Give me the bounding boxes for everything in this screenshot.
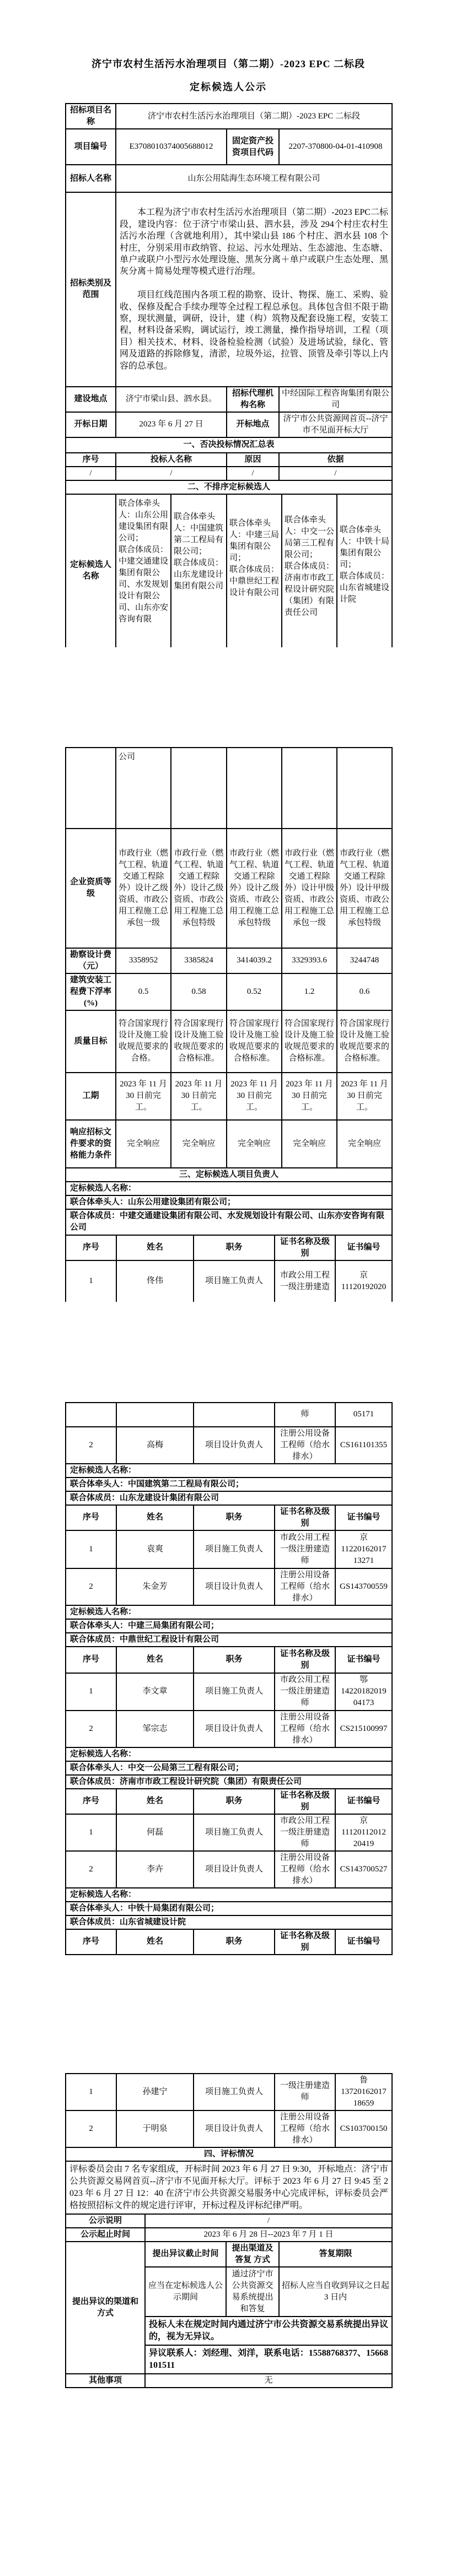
- quality-cell: 符合国家现行 设计及施工验收规范要求的合格。: [116, 1010, 171, 1073]
- personnel-col-name: 姓名: [116, 1929, 194, 1955]
- person-name: 何磊: [116, 1814, 194, 1851]
- response-cell: 完全响应: [171, 1120, 227, 1168]
- consortium-member: 联合体成员：中鼎世纪工程设计有限公司: [66, 1633, 392, 1647]
- personnel-col-cert: 证书名称及级别: [275, 1647, 335, 1673]
- personnel-col-name: 姓名: [116, 1789, 194, 1814]
- person-name: 孙建宁: [116, 2074, 194, 2110]
- consortium-leader: 联合体牵头人：中国建筑第二工程局有限公司；: [66, 1478, 392, 1491]
- row-evaluation-text: 评标委员会由 7 名专家组成，开标时间 2023 年 6 月 27 日 9:30…: [66, 2161, 392, 2214]
- person-role: 项目设计负责人: [194, 1711, 275, 1747]
- objection-replytime: 招标人应当自收到异议之日起 3 日内: [279, 2267, 392, 2317]
- rejection-cell: /: [227, 467, 279, 480]
- scope-paragraph-1: 本工程为济宁市农村生活污水治理项目（第二期）-2023 EPC二标段，建设内容：…: [120, 207, 388, 277]
- personnel-col-role: 职务: [194, 1235, 275, 1260]
- personnel-col-cert: 证书名称及级别: [275, 1235, 335, 1260]
- row-candidate-name-heading: 定标候选人名称：: [66, 1464, 392, 1478]
- response-cell: 完全响应: [282, 1120, 337, 1168]
- rejection-col-basis: 依据: [279, 453, 392, 467]
- row-qualifications: 企业资质等级 市政行业（燃气工程、轨道交通工程除外）设计乙级资质、市政公用工程施…: [66, 829, 392, 948]
- label-notice: 公示说明: [66, 2214, 145, 2228]
- person-certno: 鲁 13720162017 18659: [335, 2074, 392, 2110]
- personnel-table-group1: 三、定标候选人项目负责人 定标候选人名称： 联合体牵头人：山东公用建设集团有限公…: [65, 1167, 393, 1302]
- objection-note: 投标人未在规定时间内通过济宁市公共资源交易系统提出异议的，视为无异议。: [145, 2317, 392, 2345]
- objection-deadline: 应当在定标候选人公示期间: [145, 2267, 226, 2317]
- value-other: 无: [145, 2374, 392, 2388]
- row-section1-title: 一、否决投标情况汇总表: [66, 437, 392, 453]
- person-role: 项目设计负责人: [194, 1851, 275, 1888]
- label-qualification: 企业资质等级: [66, 829, 116, 948]
- personnel-col-certno: 证书编号: [335, 1505, 392, 1530]
- label-objection: 提出异议的渠道和方式: [66, 2242, 145, 2374]
- row-notice-period: 公示起止时间 2023 年 6 月 28 日--2023 年 7 月 1 日: [66, 2228, 392, 2242]
- value-location: 济宁市梁山县、泗水县。: [116, 387, 227, 412]
- row-rejection-header: 序号 投标人名称 原因 依据: [66, 453, 392, 467]
- personnel-col-role: 职务: [194, 1647, 275, 1673]
- personnel-row: 1 何磊 项目施工负责人 市政公用工程一级注册建造师 京 11120112012…: [66, 1814, 392, 1851]
- value-project-name: 济宁市农村生活污水治理项目（第二期）-2023 EPC 二标段: [116, 104, 392, 129]
- candidate-name-cell: 联合体牵头人：中铁十局集团有限公司； 联合体成员：山东省城建设计院: [337, 494, 392, 647]
- person-certno: 京 11120112012 20419: [335, 1814, 392, 1851]
- person-cert: 注册公用设备工程师（给水排水）: [275, 1851, 335, 1888]
- person-role: 项目施工负责人: [194, 1814, 275, 1851]
- candidate-name-heading: 定标候选人名称：: [66, 1605, 392, 1619]
- person-no: 2: [66, 1427, 116, 1464]
- label-other: 其他事项: [66, 2374, 145, 2388]
- response-cell: 完全响应: [116, 1120, 171, 1168]
- person-cert: 注册公用设备工程师（给水排水）: [275, 1711, 335, 1747]
- row-candidate-name-heading: 定标候选人名称：: [66, 1888, 392, 1902]
- project-info-table: 招标项目名称 济宁市农村生活污水治理项目（第二期）-2023 EPC 二标段 项…: [65, 103, 393, 481]
- personnel-row-part2: 师 05171: [66, 1403, 392, 1427]
- personnel-table-page3: 师 05171 2 高梅 项目设计负责人 注册公用设备工程师（给水排水） CS1…: [65, 1402, 393, 1955]
- candidate-name-heading: 定标候选人名称：: [66, 1888, 392, 1902]
- label-duration: 工期: [66, 1073, 116, 1120]
- consortium-member: 联合体成员：山东龙建设计集团有限公司: [66, 1491, 392, 1505]
- section2-title: 二、不排序定标候选人: [66, 480, 392, 494]
- row-consortium-leader: 联合体牵头人：中建三局集团有限公司；: [66, 1619, 392, 1633]
- row-personnel-header: 序号 姓名 职务 证书名称及级别 证书编号: [66, 1929, 392, 1955]
- consortium-leader: 联合体牵头人：中铁十局集团有限公司；: [66, 1902, 392, 1915]
- row-personnel-header: 序号 姓名 职务 证书名称及级别 证书编号: [66, 1235, 392, 1260]
- person-certno: 京 11120192020: [335, 1260, 392, 1302]
- response-cell: 完全响应: [337, 1120, 392, 1168]
- person-cert: 注册公用设备工程师（给水排水）: [275, 2110, 335, 2147]
- design-fee-cell: 3385824: [171, 948, 227, 973]
- label-quality-target: 质量目标: [66, 1010, 116, 1073]
- personnel-col-certno: 证书编号: [335, 1929, 392, 1955]
- label-open-place: 开标地点: [227, 412, 279, 437]
- personnel-col-role: 职务: [194, 1505, 275, 1530]
- consortium-leader: 联合体牵头人：中交一公局第三工程有限公司；: [66, 1761, 392, 1775]
- discount-cell: 0.6: [337, 973, 392, 1010]
- person-cert: 一级注册建造师: [275, 2074, 335, 2110]
- document-title-line1: 济宁市农村生活污水治理项目（第二期）-2023 EPC 二标段: [65, 57, 391, 71]
- consortium-leader: 联合体牵头人：中建三局集团有限公司；: [66, 1619, 392, 1633]
- person-cert: 注册公用设备工程师（给水排水）: [275, 1427, 335, 1464]
- personnel-row: 2 于明泉 项目设计负责人 注册公用设备工程师（给水排水） CS10370015…: [66, 2110, 392, 2147]
- value-project-no: E3708010374005688012: [116, 129, 227, 165]
- person-name: 邹宗志: [116, 1711, 194, 1747]
- quality-cell: 符合国家现行设计及施工验收规范要求的合格标准。: [282, 1010, 337, 1073]
- row-location: 建设地点 济宁市梁山县、泗水县。 招标代理机构名称 中经国际工程咨询集团有限公司: [66, 387, 392, 412]
- row-candidate-name-heading: 定标候选人名称：: [66, 1605, 392, 1619]
- person-name: 李文章: [116, 1673, 194, 1711]
- duration-cell: 2023 年 11 月 30 日前完工。: [116, 1073, 171, 1120]
- person-name: 朱金芳: [116, 1568, 194, 1605]
- row-consortium-member: 联合体成员：中建交通建设集团有限公司、水发规划设计有限公司、山东亦安咨询有限公司: [66, 1209, 392, 1235]
- person-no: 1: [66, 1260, 116, 1302]
- label-scope: 招标类别及范围: [66, 192, 116, 387]
- personnel-col-certno: 证书编号: [335, 1235, 392, 1260]
- rejection-cell: /: [279, 467, 392, 480]
- row-notice: 公示说明 /: [66, 2214, 392, 2228]
- objection-col-deadline: 提出异议截止时间: [145, 2242, 226, 2267]
- personnel-col-no: 序号: [66, 1505, 116, 1530]
- qualification-cell: 市政行业（燃气工程、轨道交通工程除外）设计甲级资质、市政公用工程施工总承包特级: [337, 829, 392, 948]
- rejection-cell: /: [66, 467, 116, 480]
- row-candidate-names-part1: 定标候选人名称 联合体牵头人：山东公用建设集团有限公司； 联合体成员：中建交通建…: [66, 494, 392, 647]
- rejection-col-bidder: 投标人名称: [116, 453, 227, 467]
- candidate-name-heading: 定标候选人名称：: [66, 1182, 392, 1195]
- personnel-col-certno: 证书编号: [335, 1647, 392, 1673]
- row-section4-title: 四、评标情况: [66, 2147, 392, 2161]
- person-cert: 市政公用工程一级注册建造师: [275, 1814, 335, 1851]
- label-location: 建设地点: [66, 387, 116, 412]
- label-tenderee: 招标人名称: [66, 165, 116, 192]
- candidate-name-heading: 定标候选人名称：: [66, 1747, 392, 1761]
- label-notice-period: 公示起止时间: [66, 2228, 145, 2242]
- design-fee-cell: 3414039.2: [227, 948, 282, 973]
- row-personnel-header: 序号 姓名 职务 证书名称及级别 证书编号: [66, 1505, 392, 1530]
- personnel-row: 2 李卉 项目设计负责人 注册公用设备工程师（给水排水） CS143700527: [66, 1851, 392, 1888]
- candidate-name-cell-cont: [227, 748, 282, 829]
- person-role: 项目设计负责人: [194, 1427, 275, 1464]
- person-role: 项目施工负责人: [194, 2074, 275, 2110]
- person-cert: 市政公用工程一级注册建造师: [275, 1530, 335, 1568]
- person-name: 高梅: [116, 1427, 194, 1464]
- rejection-col-no: 序号: [66, 453, 116, 467]
- candidate-name-cell: 联合体牵头人：山东公用建设集团有限公司； 联合体成员：中建交通建设集团有限公司、…: [116, 494, 171, 647]
- candidate-name-cell-cont: [282, 748, 337, 829]
- row-consortium-member: 联合体成员：山东省城建设计院: [66, 1915, 392, 1929]
- personnel-row: 2 朱金芳 项目设计负责人 注册公用设备工程师（给水排水） GS14370055…: [66, 1568, 392, 1605]
- qualification-cell: 市政行业（燃气工程、轨道交通工程除外）设计乙级资质、市政公用工程施工总承包特级: [227, 829, 282, 948]
- rejection-cell: /: [116, 467, 227, 480]
- person-no: 2: [66, 1568, 116, 1605]
- personnel-col-certno: 证书编号: [335, 1789, 392, 1814]
- design-fee-cell: 3244748: [337, 948, 392, 973]
- value-notice: /: [145, 2214, 392, 2228]
- value-open-date: 2023 年 6 月 27 日: [116, 412, 227, 437]
- quality-cell: 符合国家现行设计及施工验收规范要求的合格标准。: [337, 1010, 392, 1073]
- discount-cell: 0.5: [116, 973, 171, 1010]
- person-no-cont: [66, 1403, 116, 1427]
- personnel-row: 2 邹宗志 项目设计负责人 注册公用设备工程师（给水排水） CS21510099…: [66, 1711, 392, 1747]
- personnel-col-name: 姓名: [116, 1647, 194, 1673]
- label-agency: 招标代理机构名称: [227, 387, 279, 412]
- row-response: 响应招标文件要求的资格能力条件 完全响应 完全响应 完全响应 完全响应 完全响应: [66, 1120, 392, 1168]
- row-other: 其他事项 无: [66, 2374, 392, 2388]
- person-no: 1: [66, 1814, 116, 1851]
- row-candidate-name-heading: 定标候选人名称：: [66, 1747, 392, 1761]
- row-candidate-names-part2: 公司: [66, 748, 392, 829]
- person-certno: 京 11220162017 13271: [335, 1530, 392, 1568]
- row-consortium-leader: 联合体牵头人：中国建筑第二工程局有限公司；: [66, 1478, 392, 1491]
- candidate-name-cell: 联合体牵头人：中交一公局第三工程有限公司； 联合体成员：济南市市政工程设计研究院…: [282, 494, 337, 647]
- objection-col-channel: 提出渠道及答复 方式: [226, 2242, 279, 2267]
- person-cert-cont: 师: [275, 1403, 335, 1427]
- consortium-member: 联合体成员：济南市市政工程设计研究院（集团）有限责任公司: [66, 1775, 392, 1789]
- person-name: 于明泉: [116, 2110, 194, 2147]
- person-certno: CS161101355: [335, 1427, 392, 1464]
- candidate-name-heading: 定标候选人名称：: [66, 1464, 392, 1478]
- row-consortium-member: 联合体成员：济南市市政工程设计研究院（集团）有限责任公司: [66, 1775, 392, 1789]
- row-duration: 工期 2023 年 11 月 30 日前完工。 2023 年 11 月 30 日…: [66, 1073, 392, 1120]
- objection-channel: 通过济宁市公共资源交易系统提出和答复: [226, 2267, 279, 2317]
- candidate-name-cell: 联合体牵头人：中国建筑第二工程局有限公司； 联合体成员：山东龙建设计集团有限公司: [171, 494, 227, 647]
- qualification-cell: 市政行业（燃气工程、轨道交通工程除外）设计乙级资质、市政公用工程施工总承包一级: [116, 829, 171, 948]
- row-tenderee: 招标人名称 山东公用陆海生态环境工程有限公司: [66, 165, 392, 192]
- row-consortium-member: 联合体成员：山东龙建设计集团有限公司: [66, 1491, 392, 1505]
- rejection-col-reason: 原因: [227, 453, 279, 467]
- personnel-col-no: 序号: [66, 1929, 116, 1955]
- row-personnel-header: 序号 姓名 职务 证书名称及级别 证书编号: [66, 1789, 392, 1814]
- person-no: 1: [66, 1673, 116, 1711]
- evaluation-text: 评标委员会由 7 名专家组成，开标时间 2023 年 6 月 27 日 9:30…: [66, 2161, 392, 2214]
- row-discount-rate: 建筑安装工程费下浮率(%) 0.5 0.58 0.52 1.2 0.6: [66, 973, 392, 1010]
- label-open-date: 开标日期: [66, 412, 116, 437]
- document-title-line2: 定标候选人公示: [65, 80, 391, 94]
- response-cell: 完全响应: [227, 1120, 282, 1168]
- candidate-name-cell-cont: 公司: [116, 748, 171, 829]
- personnel-row: 1 李文章 项目施工负责人 市政公用工程一级注册建造师 鄂 1422018201…: [66, 1673, 392, 1711]
- person-no: 2: [66, 1711, 116, 1747]
- person-role: 项目施工负责人: [194, 1673, 275, 1711]
- consortium-member: 联合体成员：山东省城建设计院: [66, 1915, 392, 1929]
- objection-col-replytime: 答复期限: [279, 2242, 392, 2267]
- label-project-no: 项目编号: [66, 129, 116, 165]
- person-no: 2: [66, 1851, 116, 1888]
- row-consortium-leader: 联合体牵头人：中铁十局集团有限公司；: [66, 1902, 392, 1915]
- person-cert: 市政公用工程一级注册建造: [275, 1260, 335, 1302]
- row-project-name: 招标项目名称 济宁市农村生活污水治理项目（第二期）-2023 EPC 二标段: [66, 104, 392, 129]
- row-rejection-empty: / / / /: [66, 467, 392, 480]
- personnel-col-name: 姓名: [116, 1505, 194, 1530]
- personnel-col-no: 序号: [66, 1647, 116, 1673]
- person-certno: CS143700527: [335, 1851, 392, 1888]
- row-consortium-member: 联合体成员：中鼎世纪工程设计有限公司: [66, 1633, 392, 1647]
- label-candidate-names: 定标候选人名称: [66, 494, 116, 647]
- discount-cell: 0.58: [171, 973, 227, 1010]
- personnel-col-cert: 证书名称及级别: [275, 1505, 335, 1530]
- row-candidate-name-heading: 定标候选人名称：: [66, 1182, 392, 1195]
- label-asset-code: 固定资产投资项目代码: [227, 129, 279, 165]
- row-bid-opening: 开标日期 2023 年 6 月 27 日 开标地点 济宁市公共资源网首页--济宁…: [66, 412, 392, 437]
- person-no: 1: [66, 2074, 116, 2110]
- discount-cell: 0.52: [227, 973, 282, 1010]
- candidate-name-cell-cont: [171, 748, 227, 829]
- person-role: 项目设计负责人: [194, 1568, 275, 1605]
- label-response: 响应招标文件要求的资格能力条件: [66, 1120, 116, 1168]
- personnel-col-no: 序号: [66, 1235, 116, 1260]
- person-certno: 鄂 14220182019 04173: [335, 1673, 392, 1711]
- value-asset-code: 2207-370800-04-01-410908: [279, 129, 392, 165]
- label-candidate-names-cont: [66, 748, 116, 829]
- candidates-table-page2: 公司 企业资质等级 市政行业（燃气工程、轨道交通工程除外）设计乙级资质、市政公用…: [65, 747, 393, 1168]
- label-design-fee: 勘察设计费（元）: [66, 948, 116, 973]
- discount-cell: 1.2: [282, 973, 337, 1010]
- person-no: 2: [66, 2110, 116, 2147]
- candidate-name-cell: 联合体牵头人：中建三局集团有限公司； 联合体成员：中鼎世纪工程设计有限公司: [227, 494, 282, 647]
- row-quality-target: 质量目标 符合国家现行 设计及施工验收规范要求的合格。 符合国家现行设计及施工验…: [66, 1010, 392, 1073]
- duration-cell: 2023 年 11 月 30 日前完工。: [282, 1073, 337, 1120]
- value-open-place: 济宁市公共资源网首页--济宁市不见面开标大厅: [279, 412, 392, 437]
- value-agency: 中经国际工程咨询集团有限公司: [279, 387, 392, 412]
- row-personnel-header: 序号 姓名 职务 证书名称及级别 证书编号: [66, 1647, 392, 1673]
- design-fee-cell: 3358952: [116, 948, 171, 973]
- personnel-row: 1 袁爽 项目施工负责人 市政公用工程一级注册建造师 京 11220162017…: [66, 1530, 392, 1568]
- objection-contact: 异议联系人：刘经理、刘洋，联系电话：15588768377、1566810151…: [145, 2345, 392, 2374]
- person-cert: 市政公用工程一级注册建造师: [275, 1673, 335, 1711]
- person-certno: GS143700559: [335, 1568, 392, 1605]
- consortium-leader: 联合体牵头人：山东公用建设集团有限公司；: [66, 1195, 392, 1209]
- design-fee-cell: 3329393.6: [282, 948, 337, 973]
- row-consortium-leader: 联合体牵头人：山东公用建设集团有限公司；: [66, 1195, 392, 1209]
- value-tenderee: 山东公用陆海生态环境工程有限公司: [116, 165, 392, 192]
- personnel-row: 1 孙建宁 项目施工负责人 一级注册建造师 鲁 13720162017 1865…: [66, 2074, 392, 2110]
- person-role: 项目设计负责人: [194, 2110, 275, 2147]
- person-role-cont: [194, 1403, 275, 1427]
- personnel-col-role: 职务: [194, 1929, 275, 1955]
- person-role: 项目施工负责人: [194, 1260, 275, 1302]
- person-role: 项目施工负责人: [194, 1530, 275, 1568]
- qualification-cell: 市政行业（燃气工程、轨道交通工程除外）设计甲级资质、市政公用工程施工总承包一级: [282, 829, 337, 948]
- personnel-row-part1: 1 佟伟 项目施工负责人 市政公用工程一级注册建造 京 11120192020: [66, 1260, 392, 1302]
- label-discount-rate: 建筑安装工程费下浮率(%): [66, 973, 116, 1010]
- personnel-table-page4: 1 孙建宁 项目施工负责人 一级注册建造师 鲁 13720162017 1865…: [65, 2073, 393, 2215]
- row-scope: 招标类别及范围 本工程为济宁市农村生活污水治理项目（第二期）-2023 EPC二…: [66, 192, 392, 387]
- personnel-row: 2 高梅 项目设计负责人 注册公用设备工程师（给水排水） CS161101355: [66, 1427, 392, 1464]
- personnel-col-no: 序号: [66, 1789, 116, 1814]
- person-name: 袁爽: [116, 1530, 194, 1568]
- page: { "title": { "line1": "济宁市农村生活污水治理项目（第二期…: [0, 0, 456, 2576]
- person-no: 1: [66, 1530, 116, 1568]
- quality-cell: 符合国家现行设计及施工验收规范要求的合格标准。: [171, 1010, 227, 1073]
- value-scope: 本工程为济宁市农村生活污水治理项目（第二期）-2023 EPC二标段，建设内容：…: [116, 192, 392, 387]
- row-section2-title: 二、不排序定标候选人: [66, 480, 392, 494]
- section4-title: 四、评标情况: [66, 2147, 392, 2161]
- candidate-name-cell-cont: [337, 748, 392, 829]
- notice-table: 公示说明 / 公示起止时间 2023 年 6 月 28 日--2023 年 7 …: [65, 2214, 393, 2388]
- person-certno-cont: 05171: [335, 1403, 392, 1427]
- row-consortium-leader: 联合体牵头人：中交一公局第三工程有限公司；: [66, 1761, 392, 1775]
- value-notice-period: 2023 年 6 月 28 日--2023 年 7 月 1 日: [145, 2228, 392, 2242]
- person-name: 李卉: [116, 1851, 194, 1888]
- duration-cell: 2023 年 11 月 30 日前完工。: [337, 1073, 392, 1120]
- consortium-member: 联合体成员：中建交通建设集团有限公司、水发规划设计有限公司、山东亦安咨询有限公司: [66, 1209, 392, 1235]
- person-certno: CS215100997: [335, 1711, 392, 1747]
- personnel-col-cert: 证书名称及级别: [275, 1789, 335, 1814]
- section1-title: 一、否决投标情况汇总表: [66, 437, 392, 453]
- row-objection-header: 提出异议的渠道和方式 提出异议截止时间 提出渠道及答复 方式 答复期限: [66, 2242, 392, 2267]
- row-project-no: 项目编号 E3708010374005688012 固定资产投资项目代码 220…: [66, 129, 392, 165]
- personnel-col-role: 职务: [194, 1789, 275, 1814]
- personnel-col-name: 姓名: [116, 1235, 194, 1260]
- row-design-fee: 勘察设计费（元） 3358952 3385824 3414039.2 33293…: [66, 948, 392, 973]
- person-name-cont: [116, 1403, 194, 1427]
- section3-title: 三、定标候选人项目负责人: [66, 1168, 392, 1182]
- person-cert: 注册公用设备工程师（给水排水）: [275, 1568, 335, 1605]
- qualification-cell: 市政行业（燃气工程、轨道交通工程除外）设计乙级资质、市政公用工程施工总承包特级: [171, 829, 227, 948]
- duration-cell: 2023 年 11 月 30 日前完工。: [227, 1073, 282, 1120]
- person-certno: CS103700150: [335, 2110, 392, 2147]
- duration-cell: 2023 年 11 月 30 日前完工。: [171, 1073, 227, 1120]
- announcement-document: 济宁市农村生活污水治理项目（第二期）-2023 EPC 二标段 定标候选人公示 …: [65, 0, 391, 2388]
- quality-cell: 符合国家现行设计及施工验收规范要求的合格标准。: [227, 1010, 282, 1073]
- row-section3-title: 三、定标候选人项目负责人: [66, 1168, 392, 1182]
- candidates-table-page1: 二、不排序定标候选人 定标候选人名称 联合体牵头人：山东公用建设集团有限公司； …: [65, 480, 393, 647]
- personnel-col-cert: 证书名称及级别: [275, 1929, 335, 1955]
- scope-paragraph-2: 项目红线范围内各项工程的勘察、设计、物探、施工、采购、验收、保修及配合手续办理等…: [120, 289, 388, 372]
- person-name: 佟伟: [116, 1260, 194, 1302]
- label-project-name: 招标项目名称: [66, 104, 116, 129]
